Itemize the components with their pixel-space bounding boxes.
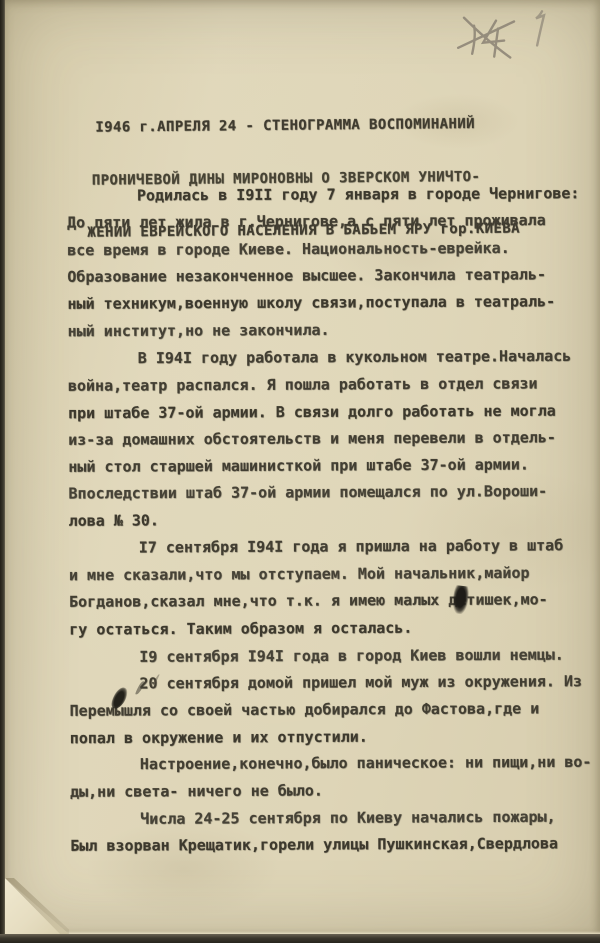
document-line: ный техникум,военную школу связи,поступа… xyxy=(67,289,567,319)
document-line: Впоследствии штаб 37-ой армии помещался … xyxy=(68,478,568,508)
document-line: Родилась в I9II году 7 января в городе Ч… xyxy=(67,180,567,210)
document-line: В I94I году работала в кукольном театре.… xyxy=(68,342,568,372)
document-line: гу остаться. Таким образом я осталась. xyxy=(69,613,569,643)
document-line: Настроение,конечно,было паническое: ни п… xyxy=(70,749,570,779)
document-body: Родилась в I9II году 7 января в городе Ч… xyxy=(67,180,571,860)
document-line: До пяти лет жила в г.Чернигове,а с пяти … xyxy=(67,207,567,237)
document-line: ды,ни света- ничего не было. xyxy=(70,776,570,806)
document-line: ный стол старшей машинисткой при штабе 3… xyxy=(68,451,568,481)
pencil-page-number-marks xyxy=(436,3,576,76)
document-line: Был взорван Крещатик,горели улицы Пушкин… xyxy=(70,830,570,860)
document-line: все время в городе Киеве. Национальность… xyxy=(67,235,567,265)
page-left-edge xyxy=(0,0,5,943)
document-line: при штабе 37-ой армии. В связи долго раб… xyxy=(68,397,568,427)
pencil-digit-1-icon xyxy=(536,11,544,45)
document-line: I9 сентября I94I года в город Киев вошли… xyxy=(69,641,569,671)
document-line: война,театр распался. Я пошла работать в… xyxy=(68,370,568,400)
document-line: Образование незаконченное высшее. Законч… xyxy=(67,262,567,292)
document-line: ный институт,но не закончила. xyxy=(68,316,568,346)
document-line: Богданов,сказал мне,что т.к. я имею малы… xyxy=(69,587,569,617)
page-content: I946 г.АПРЕЛЯ 24 - СТЕНОГРАММА ВОСПОМИНА… xyxy=(0,0,600,943)
document-line: 20 сентября домой пришел мой муж из окру… xyxy=(69,668,569,698)
document-line: I7 сентября I94I года я пришла на работу… xyxy=(69,532,569,562)
document-line: и мне сказали,что мы отступаем. Мой нача… xyxy=(69,560,569,590)
title-line: I946 г.АПРЕЛЯ 24 - СТЕНОГРАММА ВОСПОМИНА… xyxy=(95,116,519,138)
document-line: попал в окружение и их отпустили. xyxy=(70,723,570,753)
document-line: Числа 24-25 сентября по Киеву начались п… xyxy=(70,804,570,834)
pencil-cross-stroke-icon xyxy=(464,18,510,58)
scanned-page: I946 г.АПРЕЛЯ 24 - СТЕНОГРАММА ВОСПОМИНА… xyxy=(0,0,600,943)
pencil-cross-stroke-icon xyxy=(458,22,514,48)
document-line: из-за домашних обстоятельств и меня пере… xyxy=(68,424,568,454)
document-line: лова № 30. xyxy=(69,505,569,535)
page-bottom-edge xyxy=(0,934,600,943)
document-line: Перемышля со своей частью добирался до Ф… xyxy=(70,695,570,725)
